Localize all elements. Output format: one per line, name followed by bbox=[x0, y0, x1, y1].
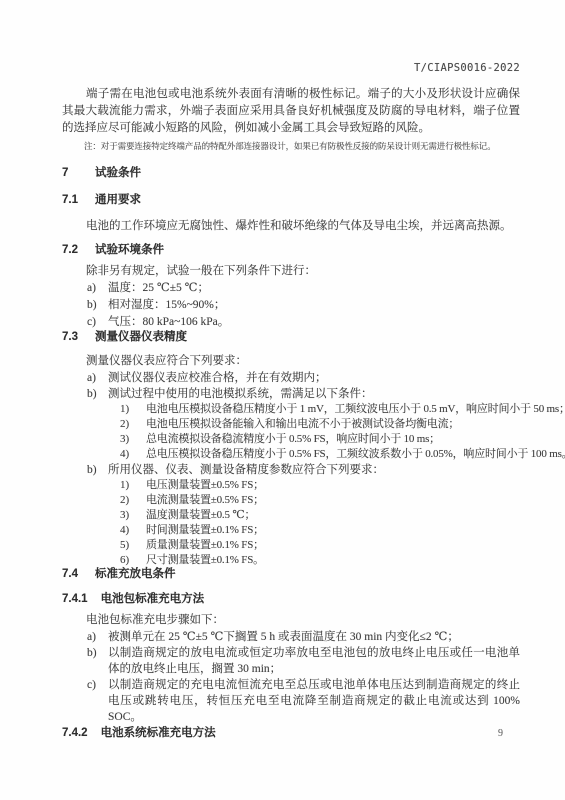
sub-list-item: 2) 电池电压模拟设备能输入和输出电流不小于被测试设备均衡电流； bbox=[62, 417, 520, 432]
list-item: c) 以制造商规定的充电电流恒流充电至总压或电池单体电压达到制造商规定的终止电压… bbox=[62, 677, 520, 725]
section-7-heading: 7 试验条件 bbox=[62, 167, 520, 180]
section-7-3-title: 测量仪器仪表精度 bbox=[95, 331, 187, 344]
section-7-2-heading: 7.2 试验环境条件 bbox=[62, 244, 520, 257]
list-item-text: 相对湿度：15%~90%； bbox=[108, 297, 520, 314]
list-item: b) 以制造商规定的放电电流或恒定功率放电至电池包的放电终止电压或任一电池单体的… bbox=[62, 645, 520, 677]
sub-item-text: 总电压模拟设备稳压精度小于 0.5% FS，工频纹波系数小于 0.05%，响应时… bbox=[146, 447, 565, 462]
list-item-label: c) bbox=[87, 314, 108, 331]
sub-item-label: 3) bbox=[120, 432, 146, 447]
sub-item-label: 2) bbox=[120, 493, 146, 508]
note-line: 注：对于需要连接特定终端产品的特配外部连接器设计，如果已有防极性反接的防呆设计则… bbox=[62, 140, 520, 153]
lead-7-4-1: 电池包标准充电步骤如下： bbox=[62, 612, 520, 629]
sub-list-item: 6) 尺寸测量装置±0.1% FS。 bbox=[62, 553, 520, 568]
sub-list-item: 4) 时间测量装置±0.1% FS； bbox=[62, 523, 520, 538]
list-item: a) 测试仪器仪表应校准合格，并在有效期内； bbox=[62, 370, 520, 386]
list-item-text: 被测单元在 25 ℃±5 ℃下搁置 5 h 或表面温度在 30 min 内变化≤… bbox=[108, 629, 520, 645]
sub-list-item: 3) 温度测量装置±0.5 ℃； bbox=[62, 508, 520, 523]
section-7-2-title: 试验环境条件 bbox=[95, 244, 164, 257]
list-item: c) 气压：80 kPa~106 kPa。 bbox=[62, 314, 520, 331]
list-item-text: 温度：25 ℃±5 ℃； bbox=[108, 280, 520, 297]
list-item-text: 气压：80 kPa~106 kPa。 bbox=[108, 314, 520, 331]
sub-item-label: 5) bbox=[120, 538, 146, 553]
list-item: b) 所用仪器、仪表、测量设备精度参数应符合下列要求： bbox=[62, 462, 520, 478]
sub-item-text: 电池电压模拟设备稳压精度小于 1 mV，工频纹波电压小于 0.5 mV，响应时间… bbox=[146, 402, 565, 417]
list-item-text: 以制造商规定的放电电流或恒定功率放电至电池包的放电终止电压或任一电池单体的放电终… bbox=[108, 645, 520, 677]
list-item: a) 温度：25 ℃±5 ℃； bbox=[62, 280, 520, 297]
section-7-4-1-heading: 7.4.1 电池包标准充电方法 bbox=[62, 593, 520, 606]
paragraph-7-1: 电池的工作环境应无腐蚀性、爆炸性和破坏绝缘的气体及导电尘埃，并远离高热源。 bbox=[62, 218, 520, 235]
section-7-4-1-title: 电池包标准充电方法 bbox=[101, 593, 205, 606]
sub-item-text: 电池电压模拟设备能输入和输出电流不小于被测试设备均衡电流； bbox=[146, 417, 520, 432]
sub-list-item: 1) 电压测量装置±0.5% FS； bbox=[62, 478, 520, 493]
list-item-text: 所用仪器、仪表、测量设备精度参数应符合下列要求： bbox=[108, 462, 520, 478]
list-item-label: a) bbox=[87, 280, 108, 297]
section-7-1-title: 通用要求 bbox=[95, 194, 141, 207]
section-7-4-2-number: 7.4.2 bbox=[62, 727, 88, 740]
sub-list-item: 4) 总电压模拟设备稳压精度小于 0.5% FS，工频纹波系数小于 0.05%，… bbox=[62, 447, 520, 462]
list-item-label: b) bbox=[87, 462, 108, 478]
list-item-label: b) bbox=[87, 386, 108, 402]
sub-item-label: 4) bbox=[120, 523, 146, 538]
list-7-4-1: a) 被测单元在 25 ℃±5 ℃下搁置 5 h 或表面温度在 30 min 内… bbox=[62, 629, 520, 725]
list-item: a) 被测单元在 25 ℃±5 ℃下搁置 5 h 或表面温度在 30 min 内… bbox=[62, 629, 520, 645]
page-number: 9 bbox=[498, 728, 503, 739]
sub-item-label: 6) bbox=[120, 553, 146, 568]
list-7-2: a) 温度：25 ℃±5 ℃； b) 相对湿度：15%~90%； c) 气压：8… bbox=[62, 280, 520, 331]
section-7-4-number: 7.4 bbox=[62, 568, 82, 581]
section-7-2-number: 7.2 bbox=[62, 244, 82, 257]
lead-7-2: 除非另有规定，试验一般在下列条件下进行： bbox=[62, 263, 520, 280]
section-7-4-2-heading: 7.4.2 电池系统标准充电方法 bbox=[62, 727, 520, 740]
list-item-label: a) bbox=[87, 370, 108, 386]
sub-item-text: 温度测量装置±0.5 ℃； bbox=[146, 508, 520, 523]
sub-list-item: 1) 电池电压模拟设备稳压精度小于 1 mV，工频纹波电压小于 0.5 mV，响… bbox=[62, 402, 520, 417]
sub-item-label: 4) bbox=[120, 447, 146, 462]
doc-code-header: T/CIAPS0016-2022 bbox=[414, 62, 520, 74]
sub-list-item: 2) 电流测量装置±0.5% FS； bbox=[62, 493, 520, 508]
list-item-label: a) bbox=[87, 629, 108, 645]
sub-list-item: 3) 总电流模拟设备稳流精度小于 0.5% FS，响应时间小于 10 ms； bbox=[62, 432, 520, 447]
sub-item-text: 电流测量装置±0.5% FS； bbox=[146, 493, 520, 508]
list-item: b) 测试过程中使用的电池模拟系统，需满足以下条件： bbox=[62, 386, 520, 402]
sub-list-item: 5) 质量测量装置±0.1% FS； bbox=[62, 538, 520, 553]
page-content: 端子需在电池包或电池系统外表面有清晰的极性标记。端子的大小及形状设计应确保其最大… bbox=[62, 86, 520, 740]
list-item-text: 测试过程中使用的电池模拟系统，需满足以下条件： bbox=[108, 386, 520, 402]
section-7-4-title: 标准充放电条件 bbox=[95, 568, 176, 581]
sub-item-text: 电压测量装置±0.5% FS； bbox=[146, 478, 520, 493]
list-item-label: b) bbox=[87, 645, 108, 677]
sub-item-label: 2) bbox=[120, 417, 146, 432]
section-7-title: 试验条件 bbox=[95, 167, 141, 180]
section-7-4-heading: 7.4 标准充放电条件 bbox=[62, 568, 520, 581]
lead-7-3: 测量仪器仪表应符合下列要求： bbox=[62, 353, 520, 370]
sub-item-text: 尺寸测量装置±0.1% FS。 bbox=[146, 553, 520, 568]
list-item-label: b) bbox=[87, 297, 108, 314]
document-page: T/CIAPS0016-2022 端子需在电池包或电池系统外表面有清晰的极性标记… bbox=[0, 0, 565, 800]
sub-item-text: 时间测量装置±0.1% FS； bbox=[146, 523, 520, 538]
section-7-3-number: 7.3 bbox=[62, 331, 82, 344]
list-item: b) 相对湿度：15%~90%； bbox=[62, 297, 520, 314]
section-7-1-number: 7.1 bbox=[62, 194, 82, 207]
section-7-4-1-number: 7.4.1 bbox=[62, 593, 88, 606]
sub-item-text: 质量测量装置±0.1% FS； bbox=[146, 538, 520, 553]
list-item-text: 以制造商规定的充电电流恒流充电至总压或电池单体电压达到制造商规定的终止电压或跳转… bbox=[108, 677, 520, 725]
sub-item-label: 1) bbox=[120, 402, 146, 417]
sub-item-label: 3) bbox=[120, 508, 146, 523]
section-7-number: 7 bbox=[62, 167, 82, 180]
section-7-1-heading: 7.1 通用要求 bbox=[62, 194, 520, 207]
list-item-label: c) bbox=[87, 677, 108, 725]
list-7-3: a) 测试仪器仪表应校准合格，并在有效期内； b) 测试过程中使用的电池模拟系统… bbox=[62, 370, 520, 568]
sub-item-text: 总电流模拟设备稳流精度小于 0.5% FS，响应时间小于 10 ms； bbox=[146, 432, 520, 447]
paragraph-terminal-marking: 端子需在电池包或电池系统外表面有清晰的极性标记。端子的大小及形状设计应确保其最大… bbox=[62, 86, 520, 137]
list-item-text: 测试仪器仪表应校准合格，并在有效期内； bbox=[108, 370, 520, 386]
sub-item-label: 1) bbox=[120, 478, 146, 493]
section-7-3-heading: 7.3 测量仪器仪表精度 bbox=[62, 331, 520, 344]
section-7-4-2-title: 电池系统标准充电方法 bbox=[101, 727, 216, 740]
